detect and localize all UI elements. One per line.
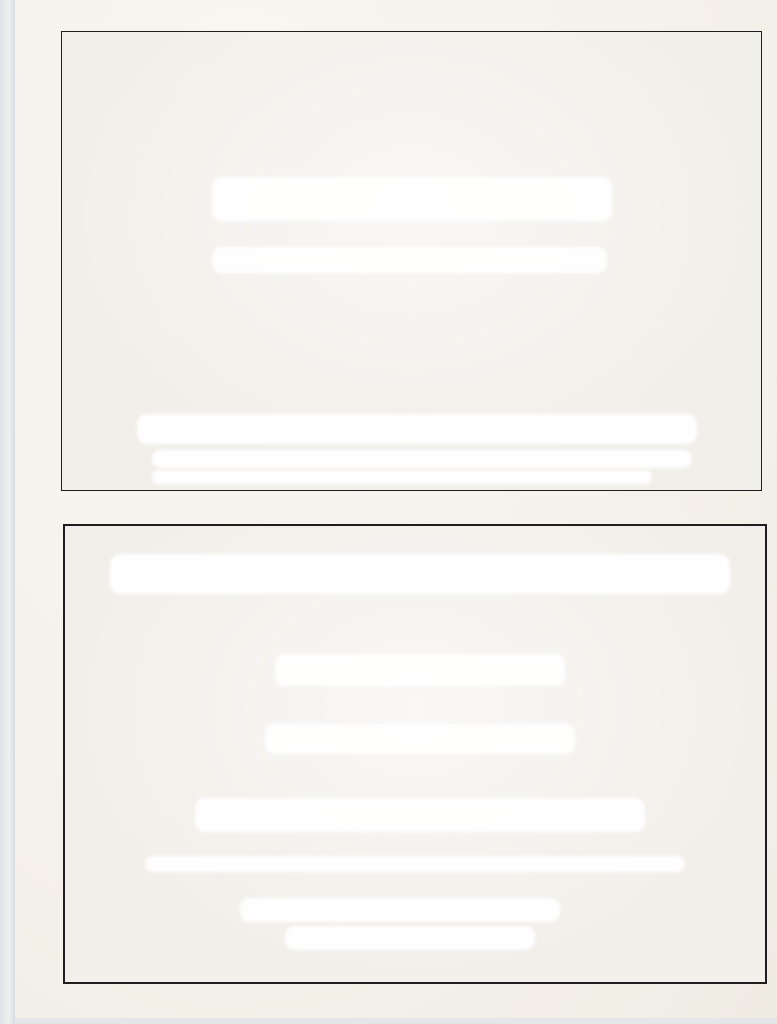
whiteout-line-3 [152, 470, 652, 484]
whiteout-heading [110, 554, 730, 594]
whiteout-line-f [285, 926, 535, 950]
whiteout-subtitle [212, 247, 607, 273]
whiteout-line-e [240, 898, 560, 922]
whiteout-line-1 [137, 414, 697, 444]
page-bottom-edge [15, 1018, 777, 1024]
whiteout-title [212, 177, 612, 221]
whiteout-line-b [265, 724, 575, 754]
scanner-edge [0, 0, 15, 1024]
whiteout-line-c [195, 798, 645, 832]
whiteout-line-a [275, 654, 565, 686]
whiteout-line-2 [152, 450, 692, 468]
bottom-panel [63, 524, 767, 984]
top-panel [61, 31, 762, 491]
whiteout-line-d [145, 856, 685, 872]
